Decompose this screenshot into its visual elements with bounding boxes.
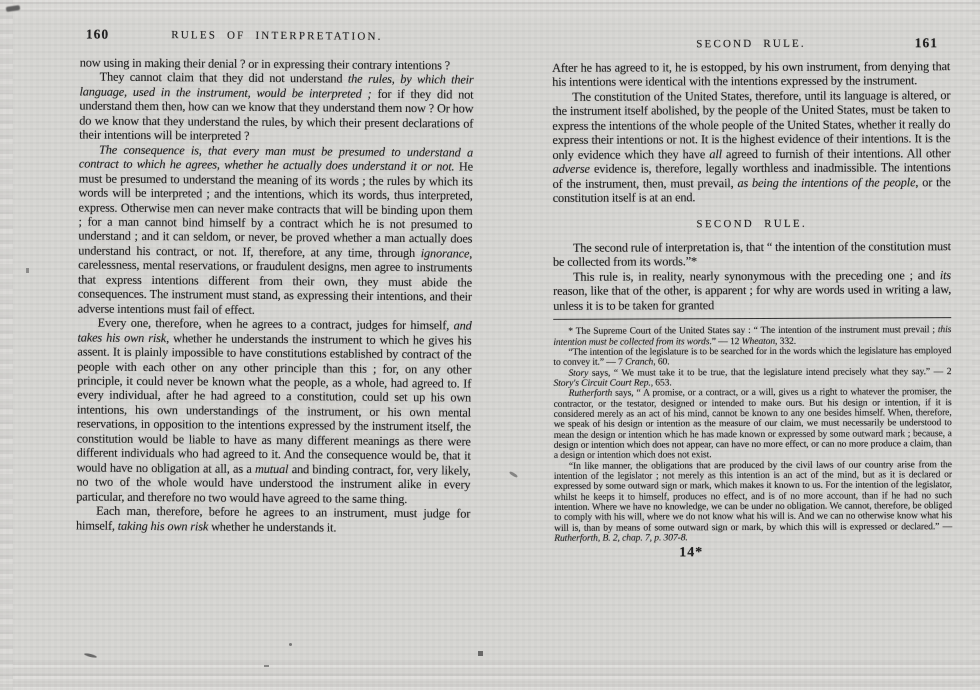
second-rule-section: SECOND RULE. The second rule of interpre… [553,216,951,313]
text-segment: , whether he understands the instrument … [76,331,471,476]
page-right-body: After he has agreed to it, he is estoppe… [552,59,951,205]
scan-band-right [972,0,980,690]
scan-artifact [478,651,483,656]
page-right: SECOND RULE. 161 After he has agreed to … [552,35,952,562]
page-number-right: 161 [915,35,938,51]
paragraph: This rule is, in reality, nearly synonym… [553,268,951,313]
signature-mark: 14* [492,545,890,563]
paragraph: “In like manner, the obligations that ar… [554,460,952,544]
italic-text-segment: mutual [255,462,288,476]
italic-text-segment: Rutherforth, B. 2, chap. 7, p. 307-8. [554,532,688,544]
page-number-left: 160 [86,26,109,42]
text-segment: “In like manner, the obligations that ar… [554,459,952,534]
scan-artifact [26,268,29,273]
running-head-right: SECOND RULE. 161 [552,35,950,53]
paragraph: Each man, therefore, before he agrees to… [76,503,470,535]
text-segment: He must be presumed to understand the me… [78,160,473,260]
paragraph: They cannot claim that they did not unde… [79,70,474,145]
footnote-list: * The Supreme Court of the United States… [553,325,952,544]
text-segment: says, “ We must take it to be true, that… [588,366,951,379]
paragraph: The second rule of interpretation is, th… [553,239,951,270]
section-body: The second rule of interpretation is, th… [553,239,951,313]
text-segment: This rule is, in reality, nearly synonym… [573,268,940,284]
paragraph: The constitution of the United States, t… [552,88,951,205]
italic-text-segment: taking his own risk [118,518,209,533]
page-left: 160 RULES OF INTERPRETATION. now using i… [76,26,474,535]
text-segment: The second rule of interpretation is, th… [553,239,951,269]
italic-text-segment: The consequence is, that every man must … [79,142,473,173]
text-segment: “The intention of the legislature is to … [553,345,951,368]
scan-artifact [6,5,21,12]
scan-artifact [289,643,292,646]
italic-text-segment: ignorance [421,246,470,260]
paragraph: The consequence is, that every man must … [78,142,473,319]
paragraph: Every one, therefore, when he agrees to … [76,316,471,507]
running-head-left: 160 RULES OF INTERPRETATION. [80,26,474,45]
italic-text-segment: its [940,268,951,282]
paragraph: Rutherforth says, “ A promise, or a cont… [554,387,952,461]
page-left-body: now using in making their denial ? or in… [76,55,474,535]
scan-band-bottom [0,662,980,690]
scan-band-left [0,0,13,690]
scan-artifact [509,471,518,478]
running-title-right: SECOND RULE. [696,38,806,50]
text-segment: whether he understands it. [208,519,336,534]
footnote-separator [553,317,951,320]
scan-band-top [0,0,980,18]
text-segment: They cannot claim that they did not unde… [100,70,348,86]
paragraph: After he has agreed to it, he is estoppe… [552,59,950,90]
italic-text-segment: adverse [553,162,590,176]
italic-text-segment: all [709,147,722,161]
section-heading: SECOND RULE. [553,216,951,232]
text-segment: reason, like that of the other, is appar… [553,282,951,312]
text-segment: agreed to furnish of their intentions. A… [722,146,951,161]
scan-artifact [84,652,97,658]
running-title-left: RULES OF INTERPRETATION. [171,29,382,43]
text-segment: says, “ A promise, or a contract, or a w… [554,386,952,461]
italic-text-segment: as being the intentions of the people [737,175,915,190]
text-segment: After he has agreed to it, he is estoppe… [552,59,950,89]
scan-artifact [264,665,269,667]
book-spread: { "colors": { "paper": "#d5d4d1", "ink":… [0,0,980,690]
